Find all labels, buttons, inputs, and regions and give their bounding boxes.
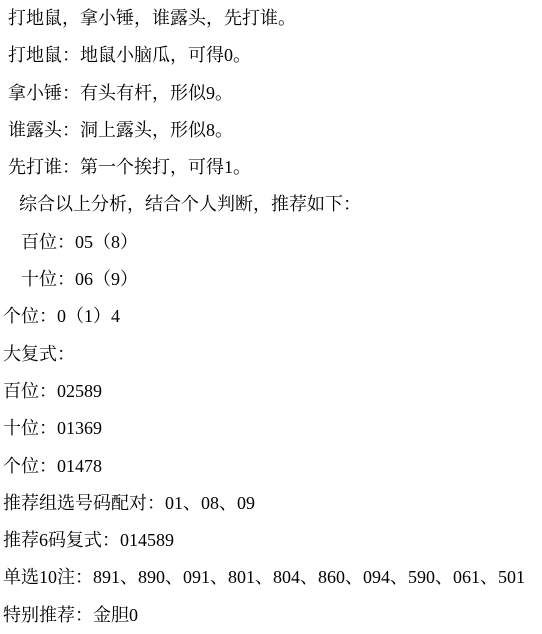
line-riddle-intro: 打地鼠，拿小锤，谁露头，先打谁。 [3,0,542,37]
line-tens-pick: 十位：06（9） [3,261,542,298]
line-units-pick: 个位：0（1）4 [3,298,542,335]
line-clue-whack-mole: 打地鼠：地鼠小脑瓜，可得0。 [3,37,542,74]
line-group-pairs: 推荐组选号码配对：01、08、09 [3,485,542,522]
line-six-code-duplex: 推荐6码复式：014589 [3,522,542,559]
line-duplex-units: 个位：01478 [3,448,542,485]
article-body: 打地鼠，拿小锤，谁露头，先打谁。 打地鼠：地鼠小脑瓜，可得0。 拿小锤：有头有杆… [0,0,542,634]
line-ten-single-picks: 单选10注：891、890、091、801、804、860、094、590、06… [3,559,542,596]
line-hundreds-pick: 百位：05（8） [3,224,542,261]
line-duplex-hundreds: 百位：02589 [3,373,542,410]
line-duplex-tens: 十位：01369 [3,410,542,447]
line-clue-small-hammer: 拿小锤：有头有杆，形似9。 [3,75,542,112]
line-clue-hit-first: 先打谁：第一个挨打，可得1。 [3,149,542,186]
line-special-recommend: 特别推荐：金胆0 [3,597,542,634]
line-duplex-header: 大复式： [3,336,542,373]
line-clue-who-peeks: 谁露头：洞上露头，形似8。 [3,112,542,149]
line-summary-intro: 综合以上分析，结合个人判断，推荐如下： [3,186,542,223]
